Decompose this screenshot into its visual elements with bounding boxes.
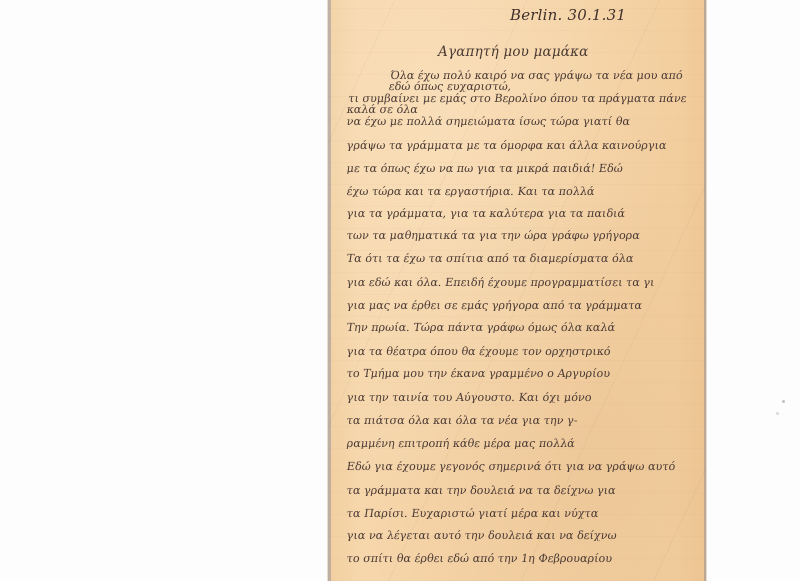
handwritten-line: για την ταινία του Αύγουστο. Και όχι μόν…: [346, 392, 703, 403]
scan-speck: [782, 400, 785, 403]
handwritten-line: ραμμένη επιτροπή κάθε μέρα μας πολλά: [346, 438, 703, 449]
handwritten-line: γράψω τα γράμματα με τα όμορφα και άλλα …: [346, 140, 703, 151]
scan-speck: [776, 412, 779, 415]
handwritten-line: τα Παρίσι. Ευχαριστώ γιατί μέρα και νύχτ…: [346, 508, 703, 519]
handwritten-line: Όλα έχω πολύ καιρό να σας γράψω τα νέα μ…: [388, 70, 701, 92]
letter-body: Όλα έχω πολύ καιρό να σας γράψω τα νέα μ…: [328, 0, 706, 581]
handwritten-line: για τα γράμματα, για τα καλύτερα για τα …: [346, 208, 703, 219]
handwritten-line: τι συμβαίνει με εμάς στο Βερολίνο όπου τ…: [346, 93, 704, 115]
handwritten-line: για μας να έρθει σε εμάς γρήγορα από τα …: [346, 300, 703, 311]
handwritten-line: με τα όπως έχω να πω για τα μικρά παιδιά…: [346, 163, 703, 174]
handwritten-line: Τα ότι τα έχω τα σπίτια από τα διαμερίσμ…: [346, 253, 703, 264]
handwritten-line: τα γράμματα και την δουλειά να τα δείχνω…: [346, 485, 703, 496]
handwritten-line: Την πρωία. Τώρα πάντα γράφω όμως όλα καλ…: [346, 322, 703, 333]
handwritten-line: Εδώ για έχουμε γεγονός σημερινά ότι για …: [346, 461, 703, 472]
handwritten-line: έχω τώρα και τα εργαστήρια. Και τα πολλά: [346, 186, 703, 197]
handwritten-line: το Τμήμα μου την έκανα γραμμένο ο Αργυρί…: [346, 368, 703, 379]
handwritten-line: τα πιάτσα όλα και όλα τα νέα για την γ-: [346, 415, 703, 426]
letter-page: Berlin. 30.1.31 Αγαπητή μου μαμάκα Όλα έ…: [328, 0, 706, 581]
handwritten-line: για εδώ και όλα. Επειδή έχουμε προγραμμα…: [346, 277, 703, 288]
handwritten-line: για να λέγεται αυτό την δουλειά και να δ…: [346, 530, 703, 541]
handwritten-line: για τα θέατρα όπου θα έχουμε τον ορχηστρ…: [346, 346, 703, 357]
handwritten-line: να έχω με πολλά σημειώματα ίσως τώρα για…: [346, 116, 703, 127]
handwritten-line: των τα μαθηματικά τα για την ώρα γράφω γ…: [346, 230, 703, 241]
handwritten-line: το σπίτι θα έρθει εδώ από την 1η Φεβρουα…: [346, 553, 703, 564]
